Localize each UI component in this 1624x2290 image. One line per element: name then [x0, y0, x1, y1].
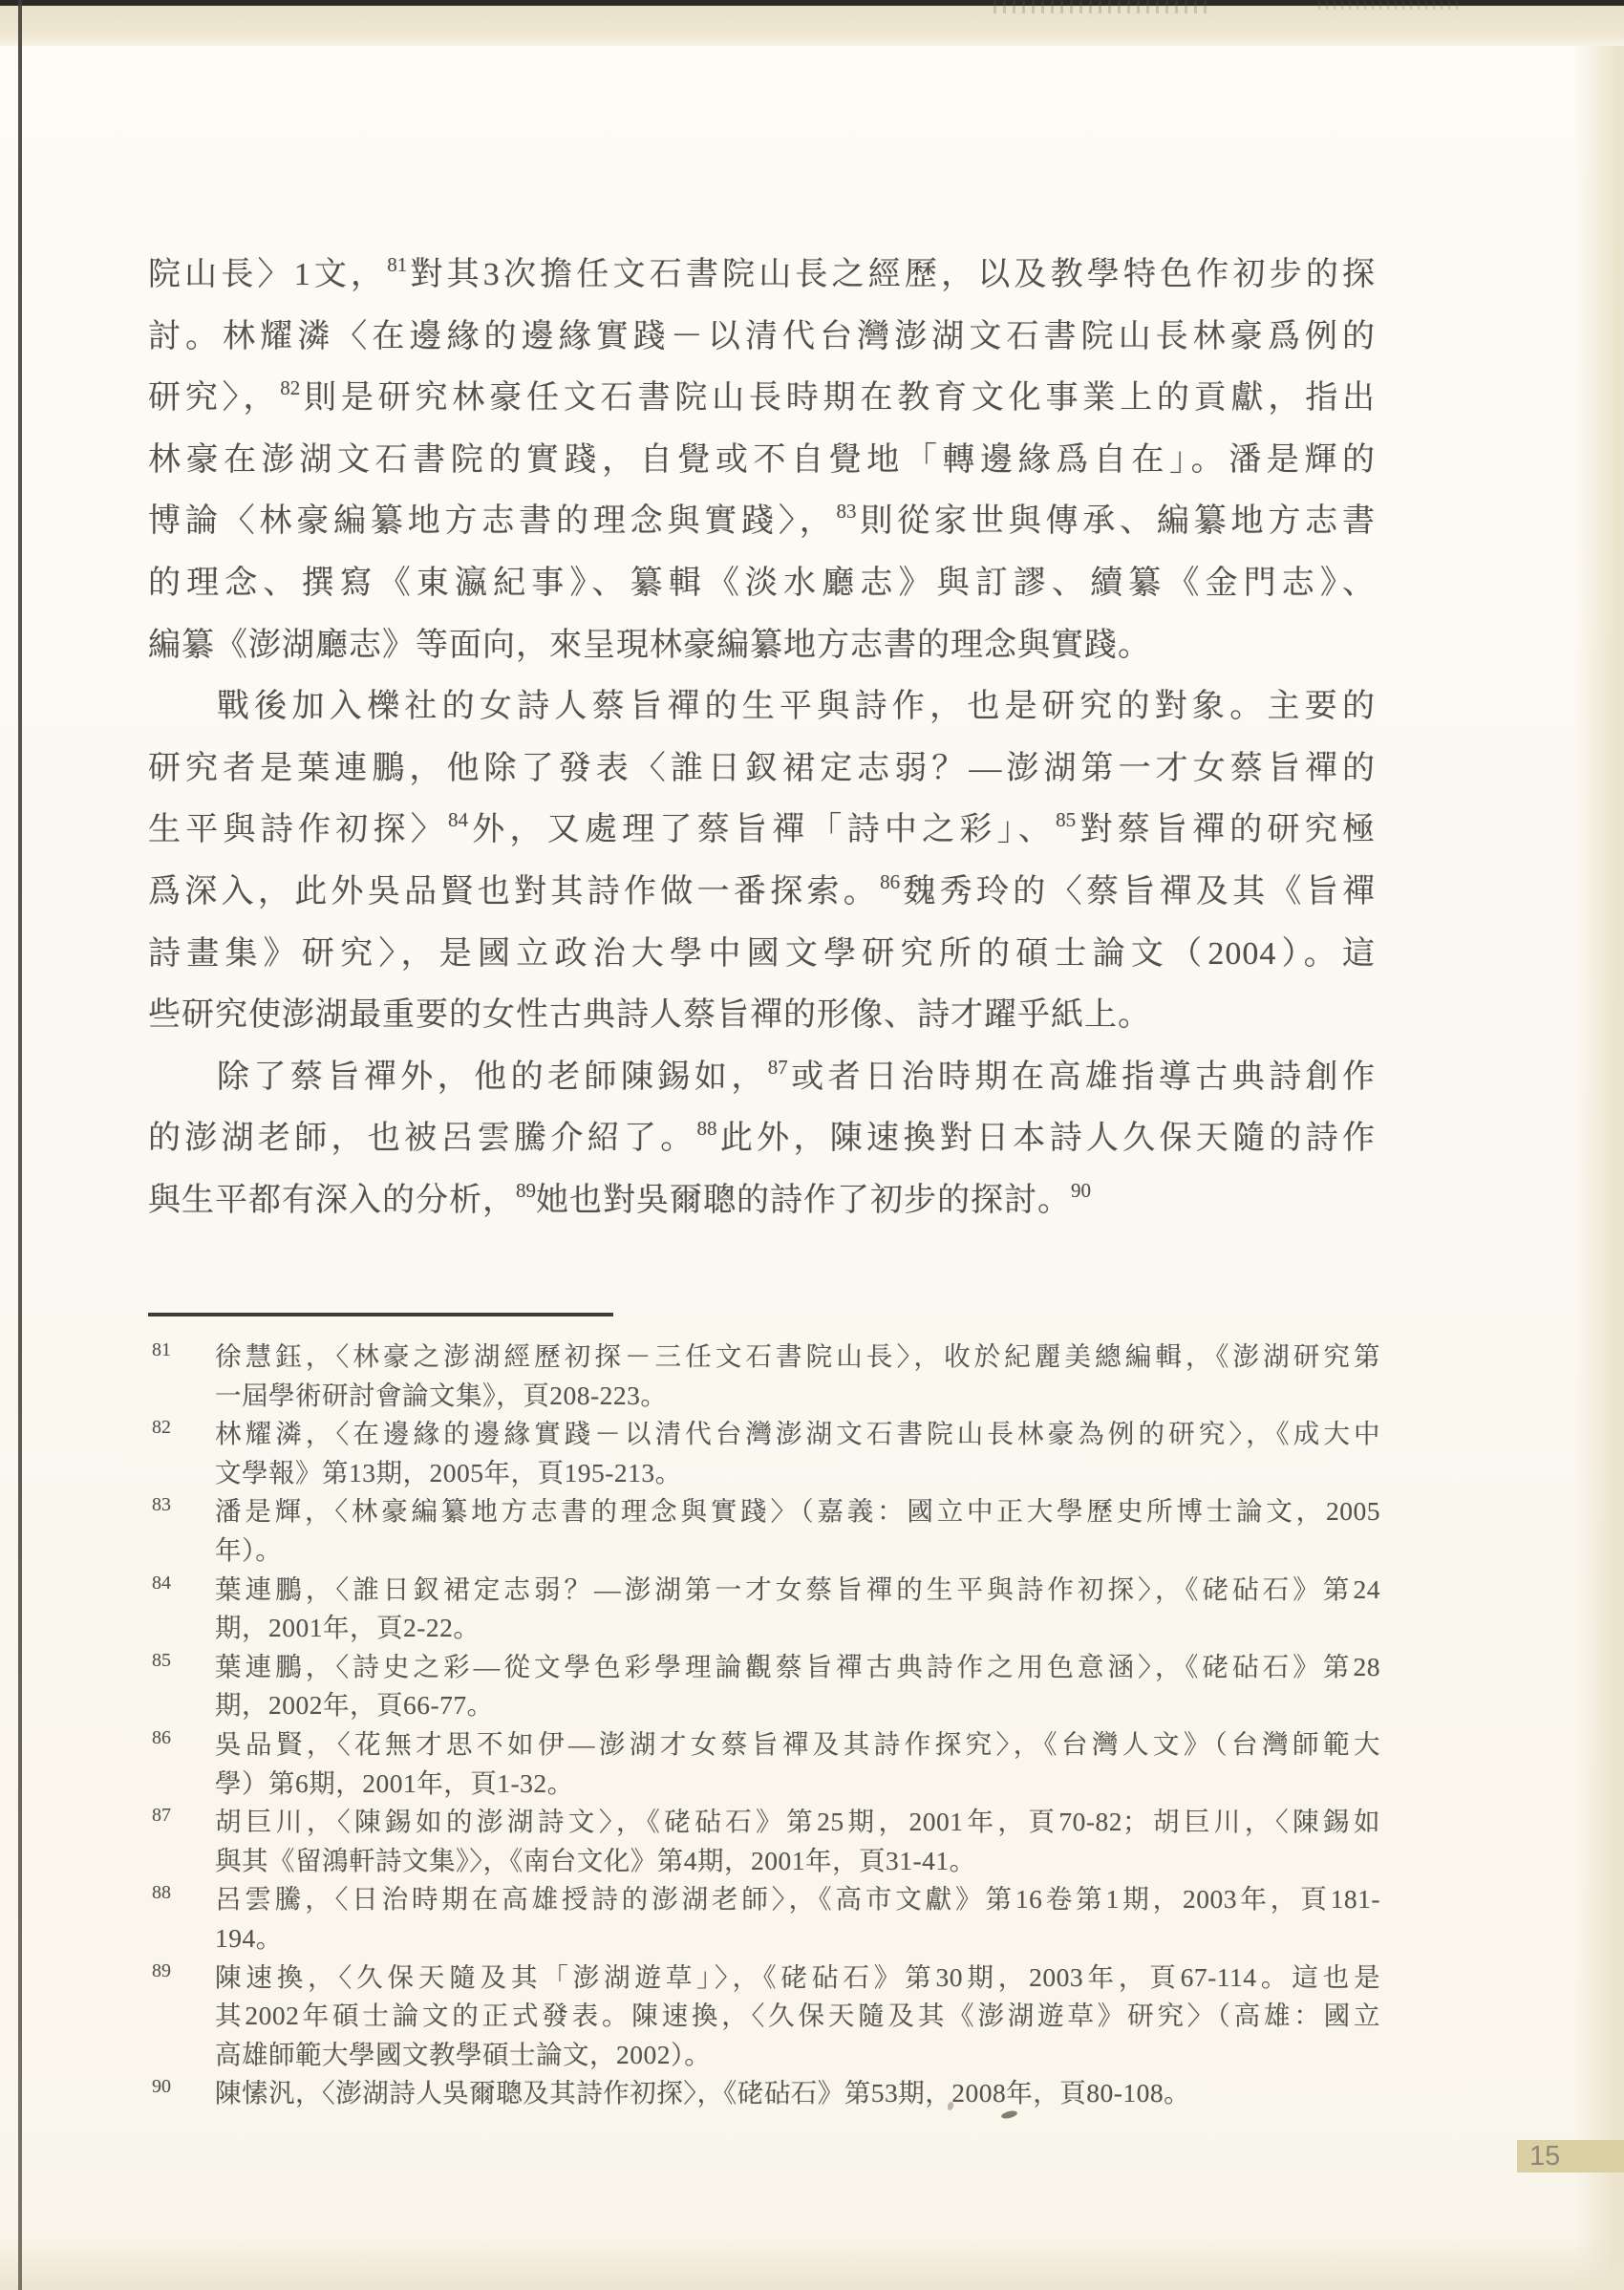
page-number: 15: [1529, 2140, 1587, 2172]
footnote-line: 83潘是輝，〈林豪編纂地方志書的理念與實踐〉（嘉義：國立中正大學歷史所博士論文，…: [148, 1492, 1380, 1531]
page-number-box: 15: [1517, 2140, 1624, 2172]
footnote-line: 82林耀潾，〈在邊緣的邊緣實踐－以清代台灣澎湖文石書院山長林豪為例的研究〉，《成…: [148, 1415, 1380, 1454]
footnote-line: 文學報》第13期，2005年，頁195-213。: [148, 1454, 1380, 1493]
footnote-number: 81: [152, 1331, 171, 1370]
body-line: 爲深入，此外吳品賢也對其詩作做一番探索。86魏秀玲的〈蔡旨禪及其《旨禪: [148, 862, 1376, 924]
body-line: 研究者是葉連鵬，他除了發表〈誰日釵裙定志弱？—澎湖第一才女蔡旨禪的: [148, 738, 1376, 801]
body-line: 的澎湖老師，也被呂雲騰介紹了。88此外，陳速換對日本詩人久保天隨的詩作: [148, 1108, 1376, 1170]
body-line: 除了蔡旨禪外，他的老師陳錫如，87或者日治時期在高雄指導古典詩創作: [148, 1047, 1376, 1109]
body-line: 些研究使澎湖最重要的女性古典詩人蔡旨禪的形像、詩才躍乎紙上。: [148, 985, 1376, 1047]
body-line: 與生平都有深入的分析，89她也對吳爾聰的詩作了初步的探討。90: [148, 1170, 1376, 1232]
footnote-line: 學）第6期，2001年，頁1-32。: [148, 1765, 1380, 1804]
body-line: 院山長〉1文，81對其3次擔任文石書院山長之經歷，以及教學特色作初步的探: [148, 245, 1376, 307]
body-line: 戰後加入櫟社的女詩人蔡旨禪的生平與詩作，也是研究的對象。主要的: [148, 676, 1376, 738]
scan-smudge: [994, 1, 1213, 13]
footnote-ref: 88: [697, 1117, 717, 1140]
footnote-number: 82: [152, 1408, 171, 1447]
footnote-line: 81徐慧鈺，〈林豪之澎湖經歷初探－三任文石書院山長〉，收於紀麗美總編輯，《澎湖研…: [148, 1338, 1380, 1377]
footnote-line: 期，2001年，頁2-22。: [148, 1609, 1380, 1648]
footnote-number: 87: [152, 1796, 171, 1835]
left-scan-line: [18, 0, 22, 2290]
footnotes: 81徐慧鈺，〈林豪之澎湖經歷初探－三任文石書院山長〉，收於紀麗美總編輯，《澎湖研…: [148, 1338, 1380, 2113]
footnote-separator: [148, 1313, 613, 1316]
footnote-ref: 90: [1071, 1179, 1091, 1202]
footnote-line: 期，2002年，頁66-77。: [148, 1686, 1380, 1725]
footnote-line: 與其《留鴻軒詩文集》〉，《南台文化》第4期，2001年，頁31-41。: [148, 1842, 1380, 1881]
body-line: 詩畫集》研究〉，是國立政治大學中國文學研究所的碩士論文（2004）。這: [148, 924, 1376, 986]
footnote-line: 90陳愫汎，〈澎湖詩人吳爾聰及其詩作初探〉，《硓砧石》第53期，2008年，頁8…: [148, 2074, 1380, 2113]
body-line: 博論〈林豪編纂地方志書的理念與實踐〉，83則從家世與傳承、編纂地方志書: [148, 491, 1376, 553]
footnote-line: 88呂雲騰，〈日治時期在高雄授詩的澎湖老師〉，《高市文獻》第16卷第1期，200…: [148, 1880, 1380, 1919]
footnote-ref: 83: [837, 500, 857, 523]
body-line: 林豪在澎湖文石書院的實踐，自覺或不自覺地「轉邊緣爲自在」。潘是輝的: [148, 430, 1376, 492]
footnote-number: 86: [152, 1719, 171, 1758]
footnote-line: 年）。: [148, 1531, 1380, 1571]
footnote-number: 85: [152, 1641, 171, 1680]
body-line: 研究〉，82則是研究林豪任文石書院山長時期在教育文化事業上的貢獻，指出: [148, 368, 1376, 430]
footnote-number: 84: [152, 1564, 171, 1603]
right-page-edge: [1574, 46, 1624, 2290]
footnote-line: 87胡巨川，〈陳錫如的澎湖詩文〉，《硓砧石》第25期，2001年，頁70-82；…: [148, 1803, 1380, 1842]
body-text: 院山長〉1文，81對其3次擔任文石書院山長之經歷，以及教學特色作初步的探討。林耀…: [148, 245, 1376, 1232]
footnote-line: 84葉連鵬，〈誰日釵裙定志弱？—澎湖第一才女蔡旨禪的生平與詩作初探〉，《硓砧石》…: [148, 1571, 1380, 1610]
footnote-ref: 86: [880, 870, 900, 893]
footnote-line: 194。: [148, 1919, 1380, 1958]
footnote-ref: 87: [768, 1056, 788, 1079]
footnote-number: 88: [152, 1873, 171, 1913]
bottom-scan-band: [0, 2235, 1624, 2290]
footnote-line: 高雄師範大學國文教學碩士論文，2002）。: [148, 2036, 1380, 2075]
footnote-ref: 84: [448, 808, 468, 831]
footnote-line: 其2002年碩士論文的正式發表。陳速換，〈久保天隨及其《澎湖遊草》研究〉（高雄：…: [148, 1997, 1380, 2036]
footnote-ref: 89: [516, 1179, 536, 1202]
body-line: 討。林耀潾〈在邊緣的邊緣實踐－以清代台灣澎湖文石書院山長林豪爲例的: [148, 307, 1376, 369]
footnote-line: 89陳速換，〈久保天隨及其「澎湖遊草」〉，《硓砧石》第30期，2003年，頁67…: [148, 1958, 1380, 1998]
body-line: 編纂《澎湖廳志》等面向，來呈現林豪編纂地方志書的理念與實踐。: [148, 615, 1376, 677]
footnote-line: 85葉連鵬，〈詩史之彩—從文學色彩學理論觀蔡旨禪古典詩作之用色意涵〉，《硓砧石》…: [148, 1648, 1380, 1687]
body-line: 的理念、撰寫《東瀛紀事》、纂輯《淡水廳志》與訂謬、續纂《金門志》、: [148, 553, 1376, 615]
footnote-line: 一屆學術研討會論文集》，頁208-223。: [148, 1377, 1380, 1416]
top-scan-band: [0, 6, 1624, 46]
scan-smudge: [1318, 0, 1462, 10]
footnote-line: 86吳品賢，〈花無才思不如伊—澎湖才女蔡旨禪及其詩作探究〉，《台灣人文》（台灣師…: [148, 1725, 1380, 1765]
footnote-ref: 85: [1056, 808, 1076, 831]
body-line: 生平與詩作初探〉84外，又處理了蔡旨禪「詩中之彩」、85對蔡旨禪的研究極: [148, 800, 1376, 862]
footnote-number: 89: [152, 1952, 171, 1991]
footnote-number: 90: [152, 2067, 171, 2107]
scan-page: 院山長〉1文，81對其3次擔任文石書院山長之經歷，以及教學特色作初步的探討。林耀…: [0, 0, 1624, 2290]
footnote-ref: 82: [280, 376, 300, 399]
footnote-number: 83: [152, 1486, 171, 1525]
footnote-ref: 81: [387, 253, 407, 276]
